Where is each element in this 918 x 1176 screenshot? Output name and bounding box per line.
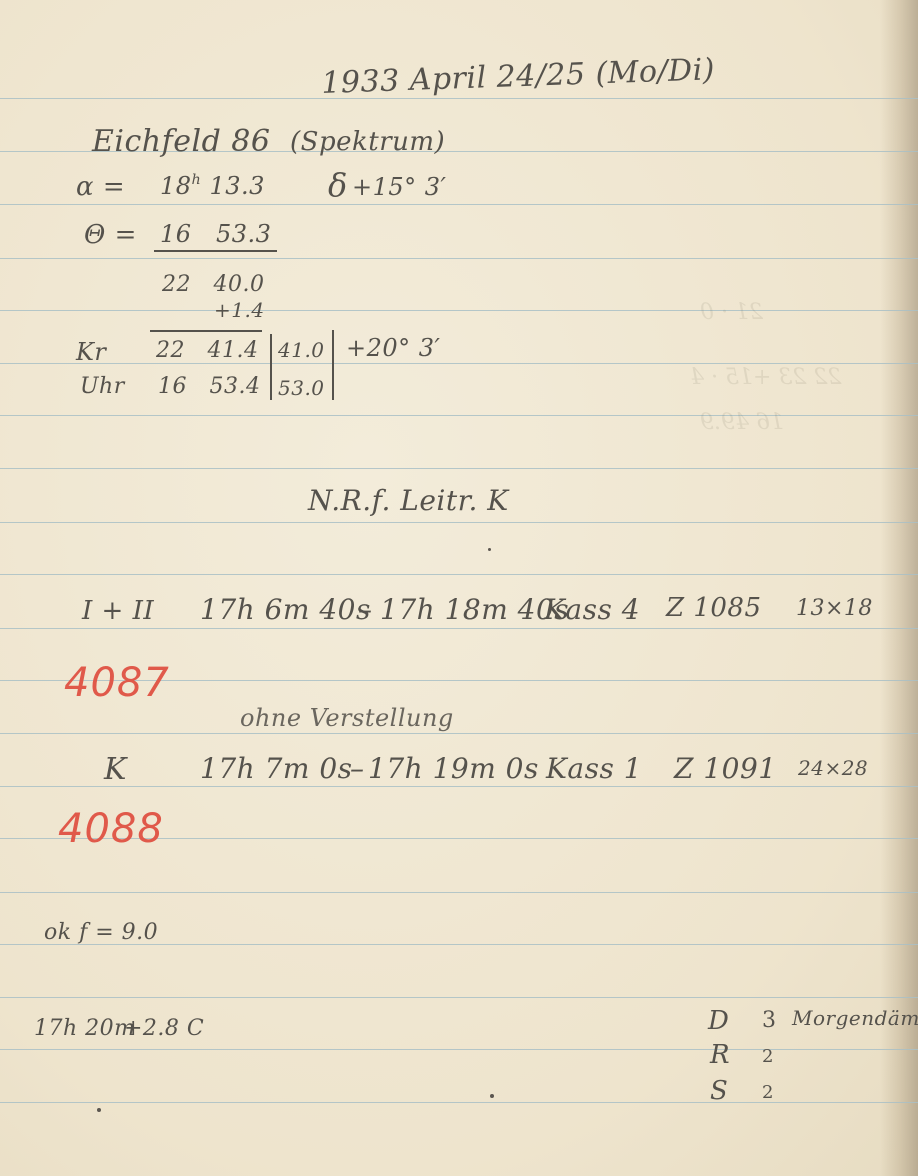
exposure-1-plate: Z 1085 — [666, 593, 762, 623]
exposure-2-start: 17h 7m 0s — [200, 752, 353, 785]
temperature-value: +2.8 C — [124, 1016, 204, 1041]
ruled-line — [0, 98, 918, 99]
exposure-2-dash: – — [350, 752, 365, 785]
pencil-dot — [490, 1094, 494, 1098]
exposure-1-start: 17h 6m 40s — [200, 593, 371, 626]
uhr-minutes: 53.4 — [209, 374, 260, 399]
ruled-line — [0, 892, 918, 893]
exposure-1-cassette: Kass 4 — [544, 593, 640, 626]
exposure-2-plate-number: 4088 — [58, 806, 164, 852]
ruled-line — [0, 997, 918, 998]
exposure-2-size: 24×28 — [798, 756, 868, 780]
target-name: Eichfeld 86 — [92, 124, 270, 159]
show-through-text: 21 · 0 — [700, 300, 763, 325]
show-through-text: 22 23 +15 · 4 — [690, 365, 841, 390]
kr-hours: 22 — [156, 338, 185, 363]
kr-label: Kr — [76, 338, 106, 366]
ruled-line — [0, 363, 918, 364]
temperature-time: 17h 20m — [34, 1016, 136, 1041]
exposure-2-label: K — [104, 752, 127, 787]
kr-set-value: 41.0 — [278, 338, 325, 362]
kr-value: 22 41.4 — [150, 330, 262, 363]
exposure-1-dash: – — [358, 593, 373, 626]
condition-value: 2 — [762, 1082, 774, 1103]
ruled-line — [0, 204, 918, 205]
difference-hours: 22 — [162, 272, 191, 297]
uhr-label: Uhr — [80, 374, 125, 399]
theta-hours: 16 — [160, 220, 192, 248]
theta-value: 16 53.3 — [154, 220, 277, 252]
show-through-text: 16 49.9 — [700, 410, 784, 435]
notebook-page: 21 · 0 22 23 +15 · 4 16 49.9 1933 April … — [0, 0, 918, 1176]
exposure-1-plate-number: 4087 — [64, 660, 170, 706]
kr-minutes: 41.4 — [207, 338, 258, 363]
alpha-hours-unit: h — [192, 172, 202, 188]
condition-symbol: D — [708, 1006, 729, 1036]
instrument-heading: N.R.f. Leitr. K — [308, 484, 509, 517]
condition-value: 2 — [762, 1046, 774, 1067]
ruled-line — [0, 733, 918, 734]
target-note: (Spektrum) — [290, 127, 445, 157]
difference-minutes: 40.0 — [213, 272, 264, 297]
ruled-line — [0, 1049, 918, 1050]
pencil-dot — [488, 548, 491, 551]
condition-symbol: S — [710, 1076, 728, 1106]
theta-minutes: 53.3 — [216, 220, 271, 248]
column-divider — [270, 334, 272, 400]
exposure-2-plate: Z 1091 — [674, 752, 777, 785]
exposure-1-label: I + II — [82, 596, 154, 626]
pencil-dot — [97, 1108, 101, 1112]
exposure-1-size: 13×18 — [796, 596, 873, 621]
exposure-1-end: 17h 18m 40s — [380, 593, 569, 626]
ruled-line — [0, 786, 918, 787]
focus-note: ok f = 9.0 — [44, 920, 158, 945]
delta-value: +15° 3′ — [352, 173, 447, 201]
correction-value: +1.4 — [214, 298, 265, 322]
exposure-2-cassette: Kass 1 — [546, 752, 642, 785]
kr-declination: +20° 3′ — [346, 334, 441, 362]
condition-remark: Morgendämmerung — [792, 1006, 918, 1030]
alpha-label: α = — [76, 172, 125, 202]
condition-value: 3 — [762, 1008, 777, 1033]
alpha-minutes: 13.3 — [209, 172, 264, 200]
uhr-value: 16 53.4 — [158, 374, 260, 399]
delta-label: δ — [328, 166, 348, 204]
condition-symbol: R — [710, 1040, 730, 1070]
alpha-hours: 18 — [160, 172, 192, 200]
ruled-line — [0, 258, 918, 259]
ruled-line — [0, 628, 918, 629]
ruled-line — [0, 1102, 918, 1103]
ruled-line — [0, 574, 918, 575]
exposure-2-end: 17h 19m 0s — [368, 752, 539, 785]
ruled-line — [0, 468, 918, 469]
exposure-2-remark: ohne Verstellung — [240, 704, 454, 732]
uhr-hours: 16 — [158, 374, 187, 399]
page-date: 1933 April 24/25 (Mo/Di) — [321, 52, 716, 101]
theta-label: Θ = — [84, 220, 137, 250]
difference-value: 22 40.0 — [162, 272, 264, 297]
column-divider — [332, 330, 334, 400]
uhr-set-value: 53.0 — [278, 376, 325, 400]
ruled-line — [0, 310, 918, 311]
alpha-value: 18h 13.3 — [160, 172, 265, 200]
ruled-line — [0, 522, 918, 523]
